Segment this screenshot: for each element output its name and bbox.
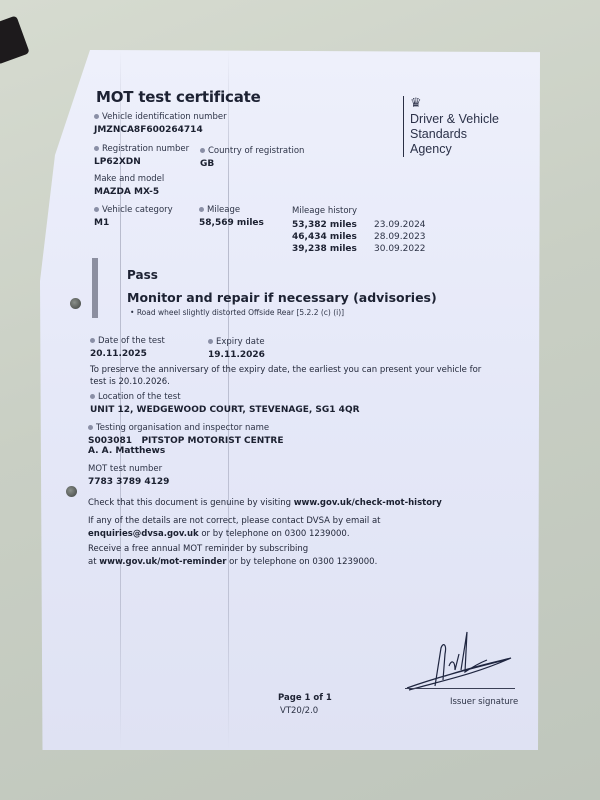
reminder-text: Receive a free annual MOT reminder by su… [88, 543, 377, 569]
result-bar [92, 258, 98, 318]
expiry-date-field: Expiry date 19.11.2026 [208, 337, 265, 360]
history-date: 28.09.2023 [374, 231, 426, 243]
category-label: Vehicle category [102, 205, 173, 215]
advisory-text: Road wheel slightly distorted Offside Re… [137, 308, 344, 317]
mileage-field: Mileage 58,569 miles [199, 205, 264, 228]
check-genuine-text: Check that this document is genuine by v… [88, 498, 442, 508]
field-number-icon [90, 394, 95, 399]
reminder-phone: or by telephone on 0300 1239000. [226, 557, 377, 567]
registration-value: LP62XDN [94, 157, 189, 167]
test-number-label: MOT test number [88, 464, 169, 474]
contact-line: If any of the details are not correct, p… [88, 515, 381, 528]
punch-hole [66, 486, 77, 497]
history-date: 23.09.2024 [374, 219, 426, 231]
test-number-field: MOT test number 7783 3789 4129 [88, 464, 169, 487]
make-model-field: Make and model MAZDA MX-5 [94, 174, 164, 197]
location-value: UNIT 12, WEDGEWOOD COURT, STEVENAGE, SG1… [90, 405, 360, 415]
test-date-label: Date of the test [98, 336, 165, 346]
test-number-value: 7783 3789 4129 [88, 477, 169, 487]
expiry-date-value: 19.11.2026 [208, 350, 265, 360]
advisories-heading: Monitor and repair if necessary (advisor… [127, 290, 437, 305]
country-value: GB [200, 159, 304, 169]
history-miles: 46,434 miles [292, 231, 358, 243]
dvsa-name-line: Standards [410, 127, 499, 142]
country-label: Country of registration [208, 146, 304, 156]
mot-reminder-link[interactable]: www.gov.uk/mot-reminder [99, 557, 226, 567]
field-number-icon [94, 114, 99, 119]
reminder-line: Receive a free annual MOT reminder by su… [88, 543, 377, 556]
country-field: Country of registration GB [200, 146, 304, 169]
mileage-history-label: Mileage history [292, 206, 426, 216]
history-date: 30.09.2022 [374, 243, 426, 255]
background-object [0, 15, 30, 64]
issuer-signature [405, 630, 515, 692]
mileage-history-row: 53,382 miles 23.09.2024 [292, 219, 426, 231]
registration-label: Registration number [102, 144, 189, 154]
dvsa-name-line: Driver & Vehicle [410, 112, 499, 127]
certificate-title: MOT test certificate [96, 88, 261, 106]
history-miles: 53,382 miles [292, 219, 358, 231]
form-code: VT20/2.0 [280, 706, 318, 716]
organisation-label: Testing organisation and inspector name [96, 423, 269, 433]
field-number-icon [94, 207, 99, 212]
advisory-item: • Road wheel slightly distorted Offside … [130, 308, 344, 317]
make-model-label: Make and model [94, 174, 164, 184]
history-miles: 39,238 miles [292, 243, 358, 255]
check-mot-history-link[interactable]: www.gov.uk/check-mot-history [294, 498, 442, 508]
vin-value: JMZNCA8F600264714 [94, 125, 227, 135]
test-date-field: Date of the test 20.11.2025 [90, 336, 165, 359]
organisation-value: S003081 PITSTOP MOTORIST CENTRE [88, 436, 283, 446]
royal-crest-icon: ♛ [410, 96, 428, 112]
page-number: Page 1 of 1 [278, 693, 332, 703]
registration-field: Registration number LP62XDN [94, 144, 189, 167]
field-number-icon [200, 148, 205, 153]
contact-phone: or by telephone on 0300 1239000. [199, 529, 350, 539]
category-field: Vehicle category M1 [94, 205, 173, 228]
signature-line [405, 688, 515, 689]
organisation-field: Testing organisation and inspector name … [88, 423, 283, 456]
contact-email-link[interactable]: enquiries@dvsa.gov.uk [88, 529, 199, 539]
field-number-icon [94, 146, 99, 151]
field-number-icon [90, 338, 95, 343]
location-field: Location of the test UNIT 12, WEDGEWOOD … [90, 392, 360, 415]
test-date-value: 20.11.2025 [90, 349, 165, 359]
mileage-history-row: 39,238 miles 30.09.2022 [292, 243, 426, 255]
mileage-history-row: 46,434 miles 28.09.2023 [292, 231, 426, 243]
reminder-prefix: at [88, 557, 99, 567]
dvsa-logo: ♛ Driver & Vehicle Standards Agency [403, 96, 499, 157]
mileage-value: 58,569 miles [199, 218, 264, 228]
check-text: Check that this document is genuine by v… [88, 498, 294, 508]
dvsa-name-line: Agency [410, 142, 499, 157]
punch-hole [70, 298, 81, 309]
field-number-icon [88, 425, 93, 430]
test-result: Pass [127, 268, 158, 282]
make-model-value: MAZDA MX-5 [94, 187, 164, 197]
vin-field: Vehicle identification number JMZNCA8F60… [94, 112, 227, 135]
anniversary-note: To preserve the anniversary of the expir… [90, 364, 500, 388]
expiry-date-label: Expiry date [216, 337, 265, 347]
category-value: M1 [94, 218, 173, 228]
field-number-icon [199, 207, 204, 212]
contact-text: If any of the details are not correct, p… [88, 515, 381, 541]
signature-label: Issuer signature [450, 697, 518, 707]
vin-label: Vehicle identification number [102, 112, 227, 122]
field-number-icon [208, 339, 213, 344]
inspector-name: A. A. Matthews [88, 446, 283, 456]
mileage-label: Mileage [207, 205, 240, 215]
mileage-history: Mileage history 53,382 miles 23.09.2024 … [292, 206, 426, 255]
location-label: Location of the test [98, 392, 181, 402]
